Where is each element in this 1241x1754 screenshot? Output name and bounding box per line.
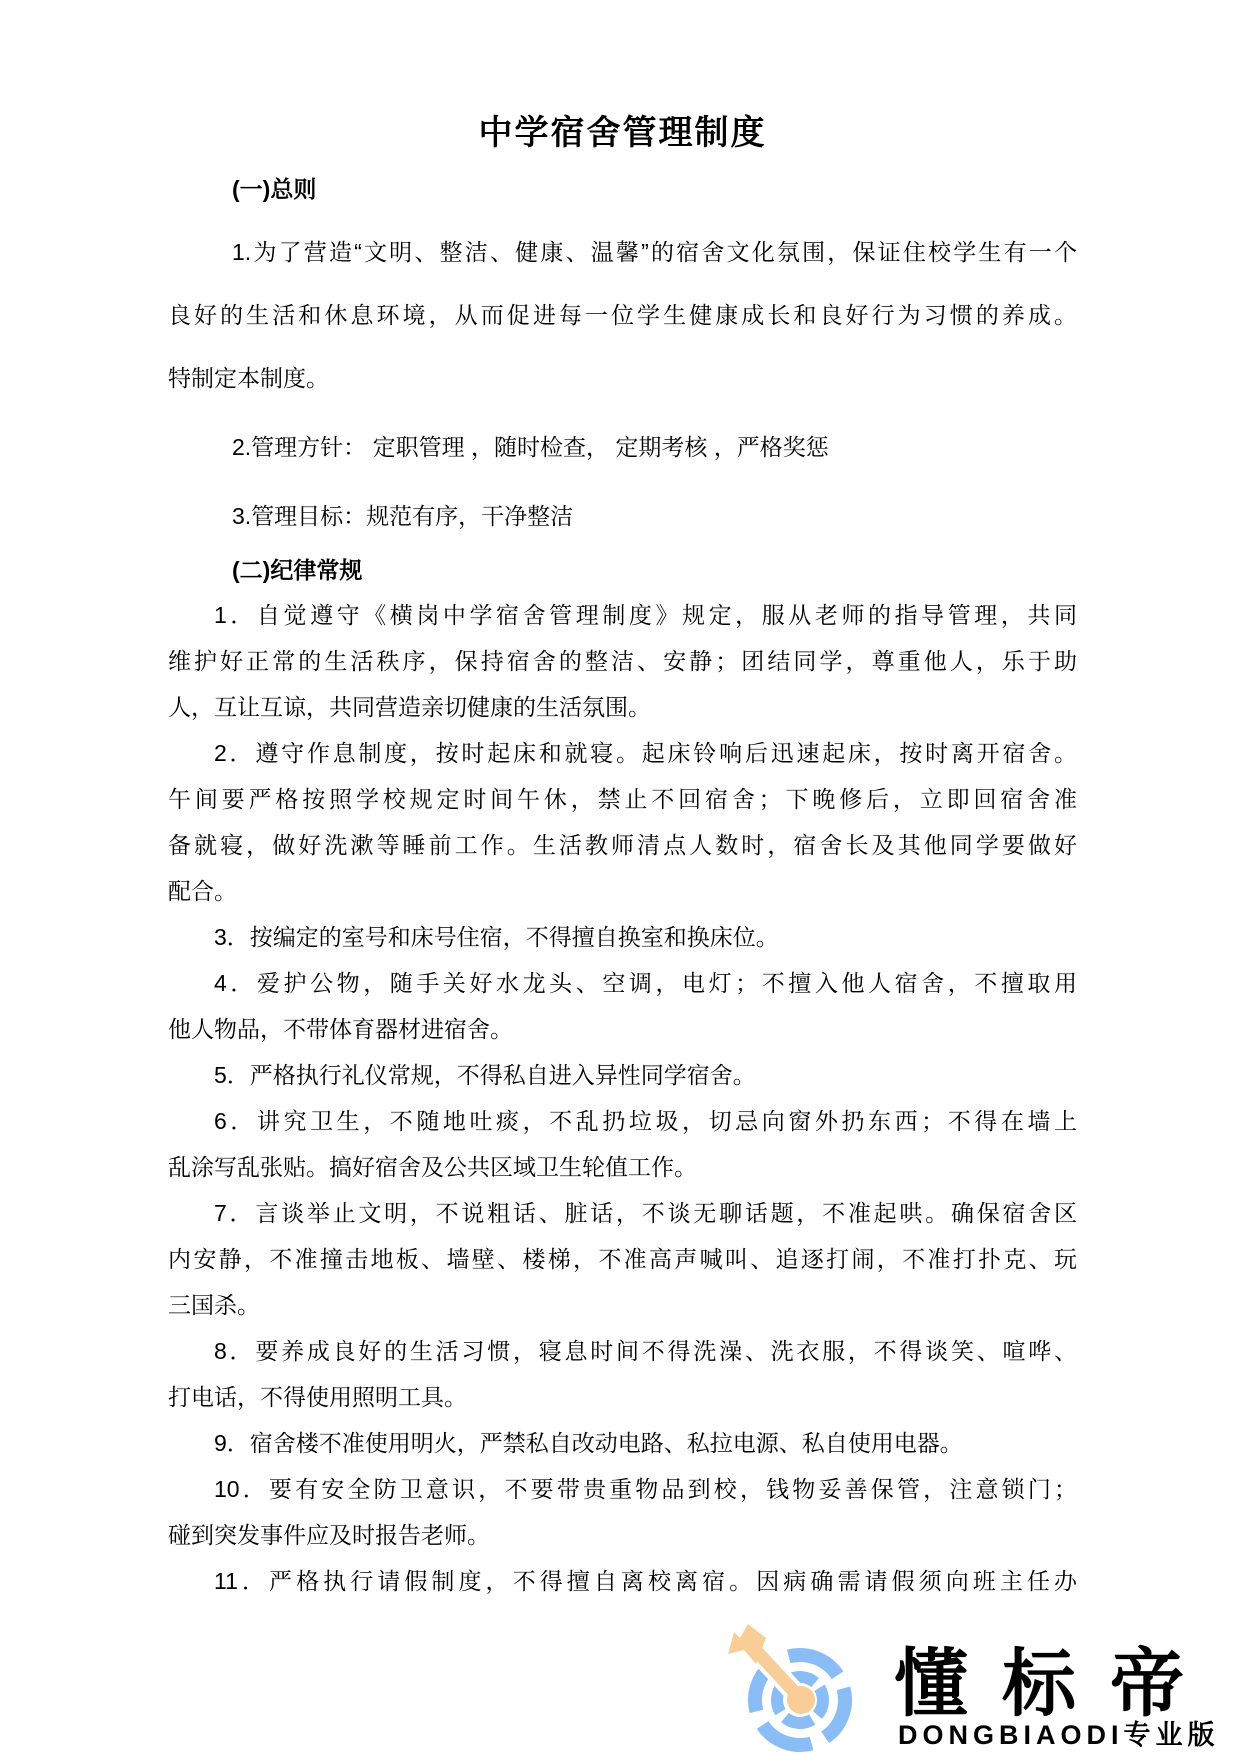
document-page: 中学宿舍管理制度 (一)总则1.为了营造“文明、整洁、健康、温馨”的宿舍文化氛围… (0, 0, 1241, 1754)
target-outer-ring (745, 1645, 855, 1754)
text-line: 他人物品，不带体育器材进宿舍。 (168, 1006, 1077, 1052)
text-line: 乱涂写乱张贴。搞好宿舍及公共区域卫生轮值工作。 (168, 1144, 1077, 1190)
dongbiaodi-target-logo-icon (722, 1618, 878, 1754)
text-line: 备就寝，做好洗漱等睡前工作。生活教师清点人数时，宿舍长及其他同学要做好 (168, 822, 1077, 868)
target-inner-ring (768, 1668, 831, 1731)
dart-shaft (750, 1644, 800, 1698)
dart-fletching (728, 1624, 766, 1664)
text-line: 配合。 (168, 868, 1077, 914)
paragraph: 2.管理方针： 定职管理 ，随时检查， 定期考核 ，严格奖惩 (168, 416, 1077, 479)
text-line: 人，互让互谅，共同营造亲切健康的生活氛围。 (168, 684, 1077, 730)
paragraph: 6．讲究卫生，不随地吐痰，不乱扔垃圾，切忌向窗外扔东西；不得在墙上乱涂写乱张贴。… (168, 1098, 1077, 1190)
dart-head (787, 1686, 815, 1714)
text-line: 11．严格执行请假制度，不得擅自离校离宿。因病确需请假须向班主任办 (168, 1558, 1077, 1604)
document-content: 中学宿舍管理制度 (一)总则1.为了营造“文明、整洁、健康、温馨”的宿舍文化氛围… (168, 0, 1077, 1604)
paragraph: 2．遵守作息制度，按时起床和就寝。起床铃响后迅速起床，按时离开宿舍。午间要严格按… (168, 730, 1077, 914)
text-line: 良好的生活和休息环境，从而促进每一位学生健康成长和良好行为习惯的养成。 (168, 284, 1077, 347)
document-section: (二)纪律常规1．自觉遵守《横岗中学宿舍管理制度》规定，服从老师的指导管理，共同… (168, 548, 1077, 1604)
text-line: 特制定本制度。 (168, 347, 1077, 410)
document-body: (一)总则1.为了营造“文明、整洁、健康、温馨”的宿舍文化氛围，保证住校学生有一… (168, 158, 1077, 1604)
text-line: 打电话，不得使用照明工具。 (168, 1374, 1077, 1420)
text-line: 碰到突发事件应及时报告老师。 (168, 1512, 1077, 1558)
paragraph: 1．自觉遵守《横岗中学宿舍管理制度》规定，服从老师的指导管理，共同维护好正常的生… (168, 592, 1077, 730)
text-line: 3.管理目标：规范有序，干净整洁 (168, 485, 1077, 548)
text-line: 6．讲究卫生，不随地吐痰，不乱扔垃圾，切忌向窗外扔东西；不得在墙上 (168, 1098, 1077, 1144)
paragraph: 3.管理目标：规范有序，干净整洁 (168, 485, 1077, 548)
text-line: 8．要养成良好的生活习惯，寝息时间不得洗澡、洗衣服，不得谈笑、喧哗、 (168, 1328, 1077, 1374)
text-line: 9．宿舍楼不准使用明火，严禁私自改动电路、私拉电源、私自使用电器。 (168, 1420, 1077, 1466)
dart-knockout (748, 1642, 800, 1698)
text-line: 2.管理方针： 定职管理 ，随时检查， 定期考核 ，严格奖惩 (168, 416, 1077, 479)
paragraph: 11．严格执行请假制度，不得擅自离校离宿。因病确需请假须向班主任办 (168, 1558, 1077, 1604)
section-heading: (一)总则 (168, 158, 1077, 221)
text-line: 内安静，不准撞击地板、墙壁、楼梯，不准高声喊叫、追逐打闹，不准打扑克、玩 (168, 1236, 1077, 1282)
text-line: 维护好正常的生活秩序，保持宿舍的整洁、安静；团结同学，尊重他人，乐于助 (168, 638, 1077, 684)
paragraph: 3．按编定的室号和床号住宿，不得擅自换室和换床位。 (168, 914, 1077, 960)
text-line: 10．要有安全防卫意识，不要带贵重物品到校，钱物妥善保管，注意锁门； (168, 1466, 1077, 1512)
watermark-edition-label: DONGBIAODI专业版 (898, 1720, 1220, 1750)
text-line: 午间要严格按照学校规定时间午休，禁止不回宿舍；下晚修后，立即回宿舍准 (168, 776, 1077, 822)
document-title: 中学宿舍管理制度 (168, 108, 1077, 158)
section-heading: (二)纪律常规 (168, 548, 1077, 592)
document-section: (一)总则1.为了营造“文明、整洁、健康、温馨”的宿舍文化氛围，保证住校学生有一… (168, 158, 1077, 548)
text-line: 三国杀。 (168, 1282, 1077, 1328)
text-line: 1．自觉遵守《横岗中学宿舍管理制度》规定，服从老师的指导管理，共同 (168, 592, 1077, 638)
paragraph: 1.为了营造“文明、整洁、健康、温馨”的宿舍文化氛围，保证住校学生有一个良好的生… (168, 221, 1077, 410)
text-line: 2．遵守作息制度，按时起床和就寝。起床铃响后迅速起床，按时离开宿舍。 (168, 730, 1077, 776)
paragraph: 10．要有安全防卫意识，不要带贵重物品到校，钱物妥善保管，注意锁门；碰到突发事件… (168, 1466, 1077, 1558)
paragraph: 8．要养成良好的生活习惯，寝息时间不得洗澡、洗衣服，不得谈笑、喧哗、打电话，不得… (168, 1328, 1077, 1420)
text-line: 5．严格执行礼仪常规，不得私自进入异性同学宿舍。 (168, 1052, 1077, 1098)
paragraph: 9．宿舍楼不准使用明火，严禁私自改动电路、私拉电源、私自使用电器。 (168, 1420, 1077, 1466)
paragraph: 7．言谈举止文明，不说粗话、脏话，不谈无聊话题，不准起哄。确保宿舍区内安静，不准… (168, 1190, 1077, 1328)
watermark: 懂标帝 DONGBIAODI专业版 (650, 1590, 1241, 1754)
text-line: 4．爱护公物，随手关好水龙头、空调，电灯；不擅入他人宿舍，不擅取用 (168, 960, 1077, 1006)
paragraph: 5．严格执行礼仪常规，不得私自进入异性同学宿舍。 (168, 1052, 1077, 1098)
text-line: 7．言谈举止文明，不说粗话、脏话，不谈无聊话题，不准起哄。确保宿舍区 (168, 1190, 1077, 1236)
text-line: 3．按编定的室号和床号住宿，不得擅自换室和换床位。 (168, 914, 1077, 960)
watermark-wordmark: 懂标帝 (894, 1645, 1218, 1723)
paragraph: 4．爱护公物，随手关好水龙头、空调，电灯；不擅入他人宿舍，不擅取用他人物品，不带… (168, 960, 1077, 1052)
text-line: 1.为了营造“文明、整洁、健康、温馨”的宿舍文化氛围，保证住校学生有一个 (168, 221, 1077, 284)
